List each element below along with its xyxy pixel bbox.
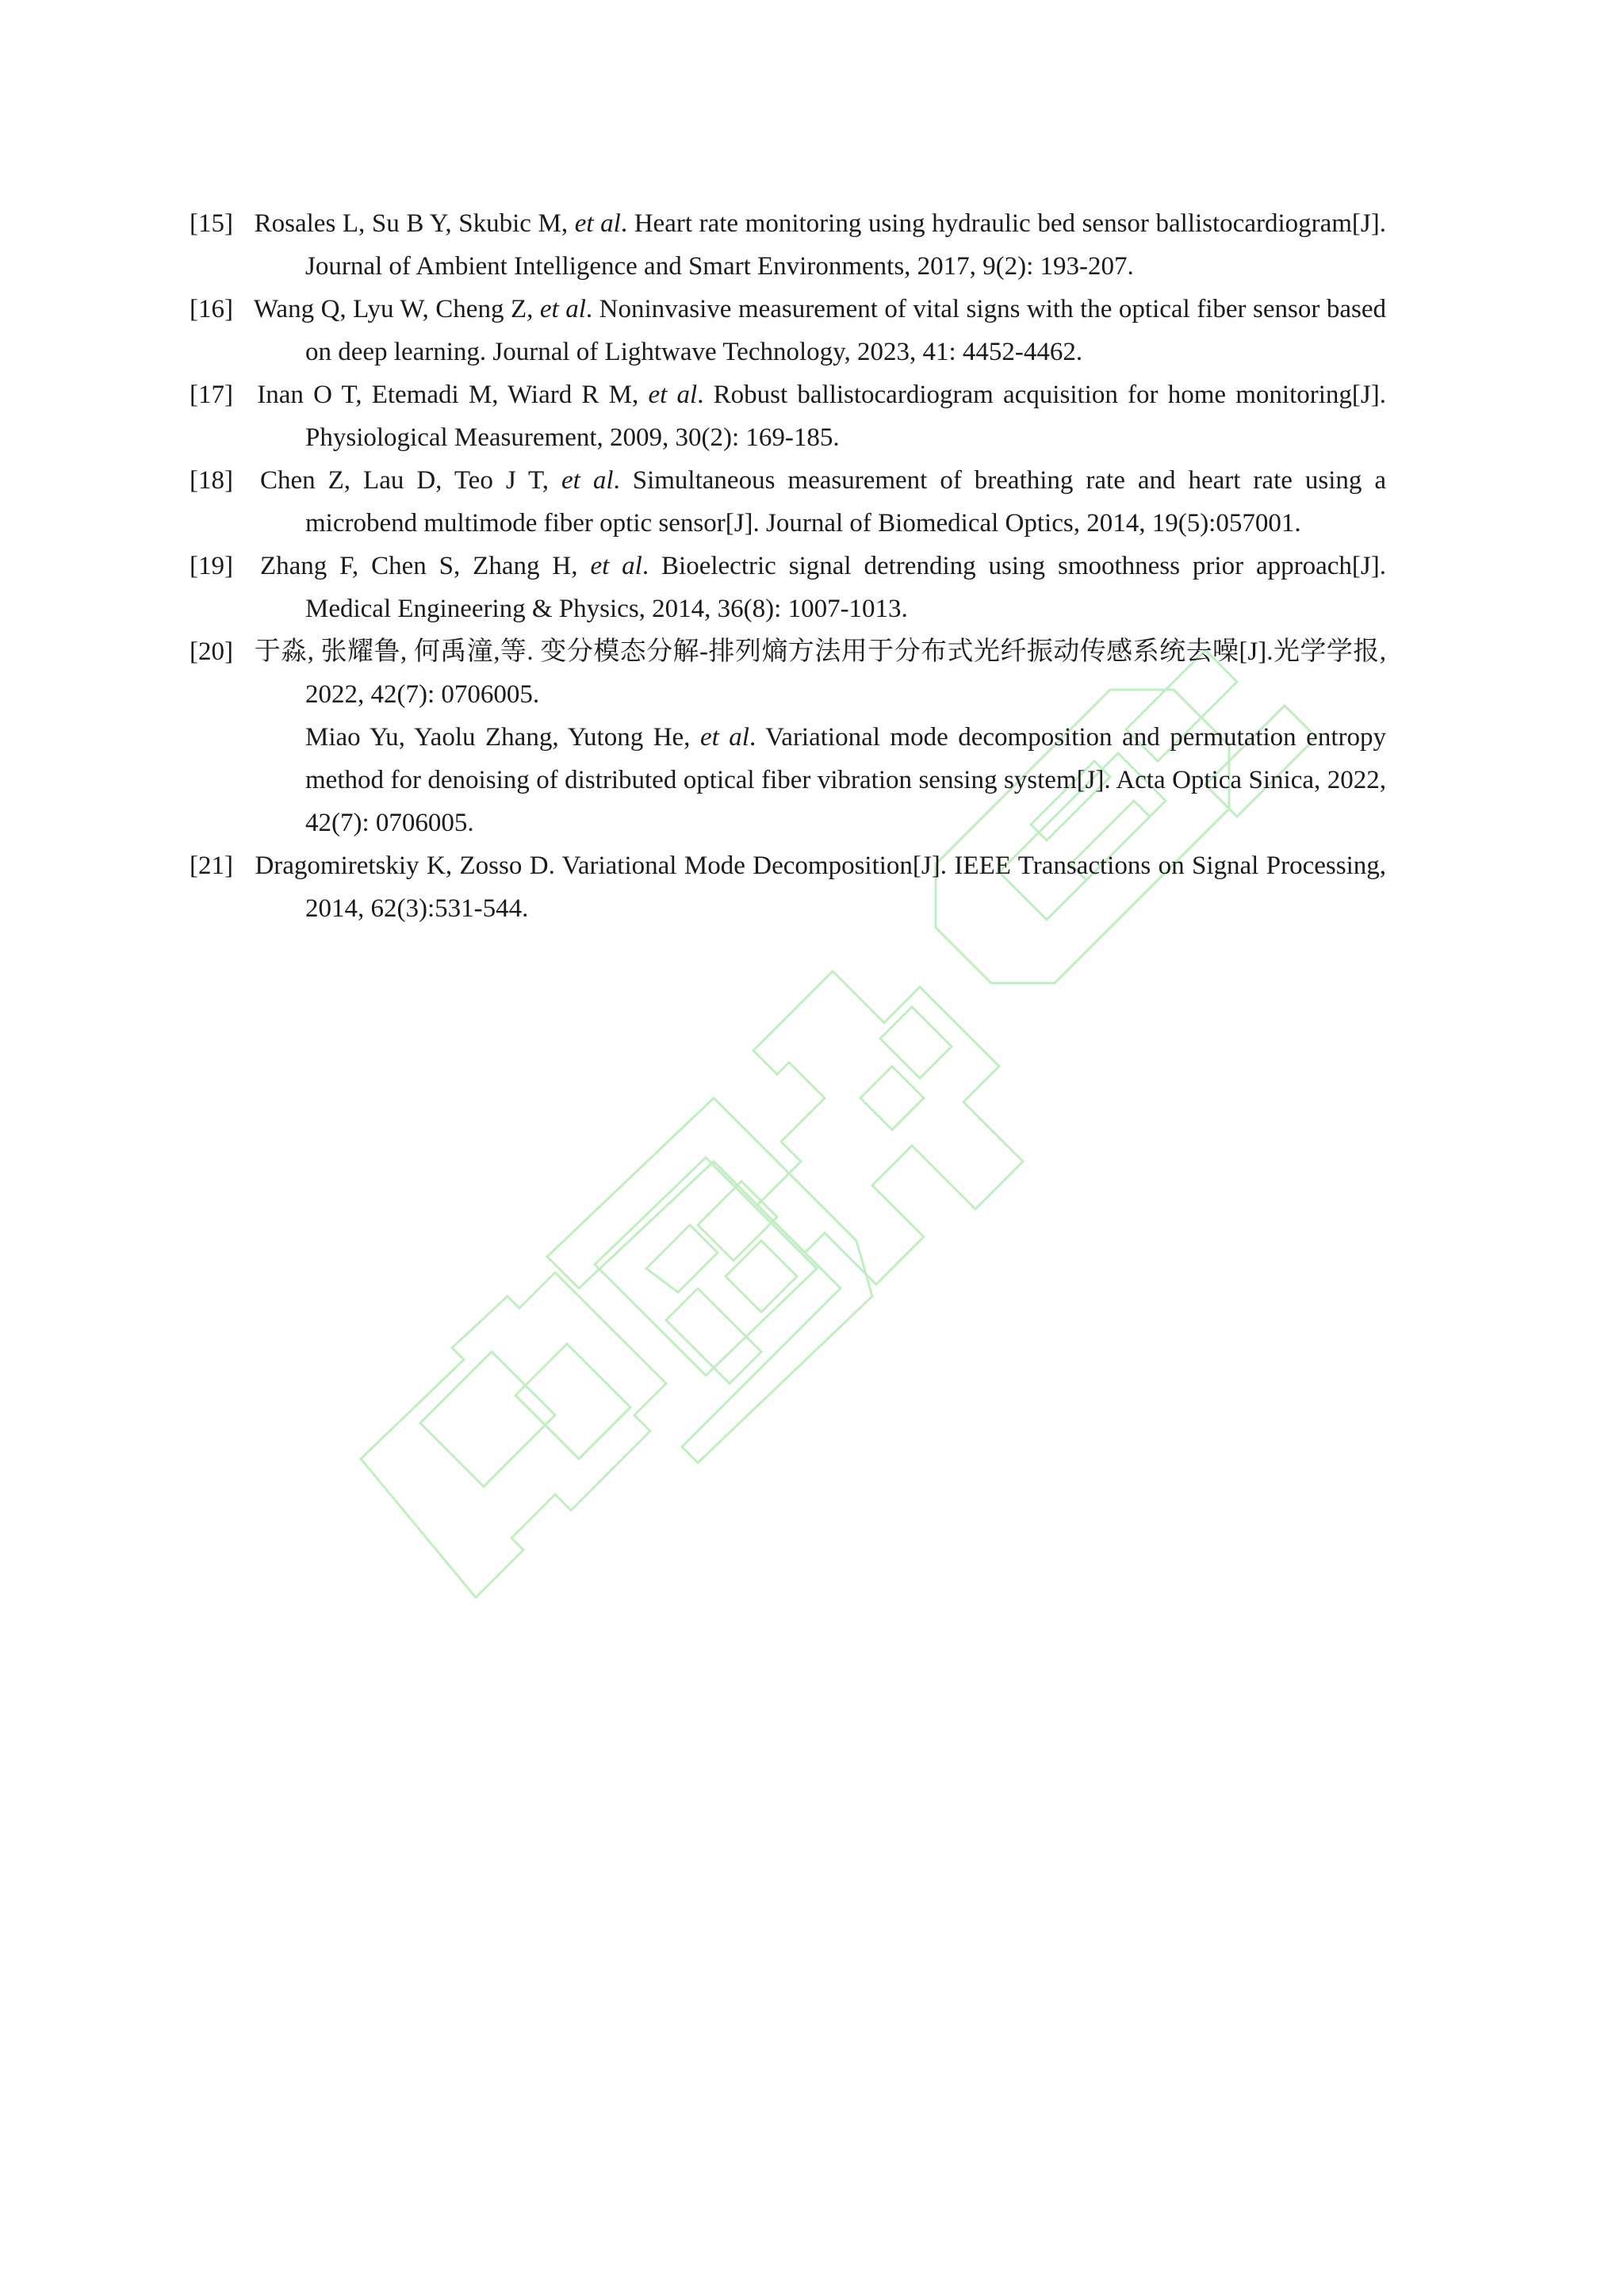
reference-authors: Chen Z, Lau D, Teo J T, bbox=[260, 466, 561, 495]
reference-item-15: [15] Rosales L, Su B Y, Skubic M, et al.… bbox=[247, 202, 1386, 288]
reference-authors: Inan O T, Etemadi M, Wiard R M, bbox=[257, 381, 648, 409]
reference-authors: Wang Q, Lyu W, Cheng Z, bbox=[254, 295, 540, 323]
reference-etal: et al bbox=[648, 381, 697, 409]
reference-body: Dragomiretskiy K, Zosso D. Variational M… bbox=[255, 851, 1386, 923]
reference-etal: et al bbox=[590, 552, 642, 580]
reference-etal: et al bbox=[561, 466, 613, 495]
reference-english-translation: Miao Yu, Yaolu Zhang, Yutong He, et al. … bbox=[305, 716, 1386, 844]
reference-item-19: [19] Zhang F, Chen S, Zhang H, et al. Bi… bbox=[247, 545, 1386, 630]
document-page: [15] Rosales L, Su B Y, Skubic M, et al.… bbox=[0, 0, 1624, 2296]
reference-item-21: [21] Dragomiretskiy K, Zosso D. Variatio… bbox=[247, 844, 1386, 930]
reference-item-20: [20] 于淼, 张耀鲁, 何禹潼,等. 变分模态分解-排列熵方法用于分布式光纤… bbox=[247, 630, 1386, 844]
reference-etal: et al bbox=[540, 295, 586, 323]
reference-etal: et al bbox=[700, 723, 749, 752]
reference-authors: Zhang F, Chen S, Zhang H, bbox=[260, 552, 591, 580]
reference-list: [15] Rosales L, Su B Y, Skubic M, et al.… bbox=[247, 202, 1386, 930]
reference-item-17: [17] Inan O T, Etemadi M, Wiard R M, et … bbox=[247, 373, 1386, 459]
reference-authors: Miao Yu, Yaolu Zhang, Yutong He, bbox=[305, 723, 700, 752]
reference-authors: Rosales L, Su B Y, Skubic M, bbox=[255, 209, 575, 238]
reference-etal: et al bbox=[575, 209, 621, 238]
reference-chinese-citation: 于淼, 张耀鲁, 何禹潼,等. 变分模态分解-排列熵方法用于分布式光纤振动传感系… bbox=[255, 637, 1386, 709]
reference-item-18: [18] Chen Z, Lau D, Teo J T, et al. Simu… bbox=[247, 459, 1386, 545]
reference-item-16: [16] Wang Q, Lyu W, Cheng Z, et al. Noni… bbox=[247, 288, 1386, 373]
